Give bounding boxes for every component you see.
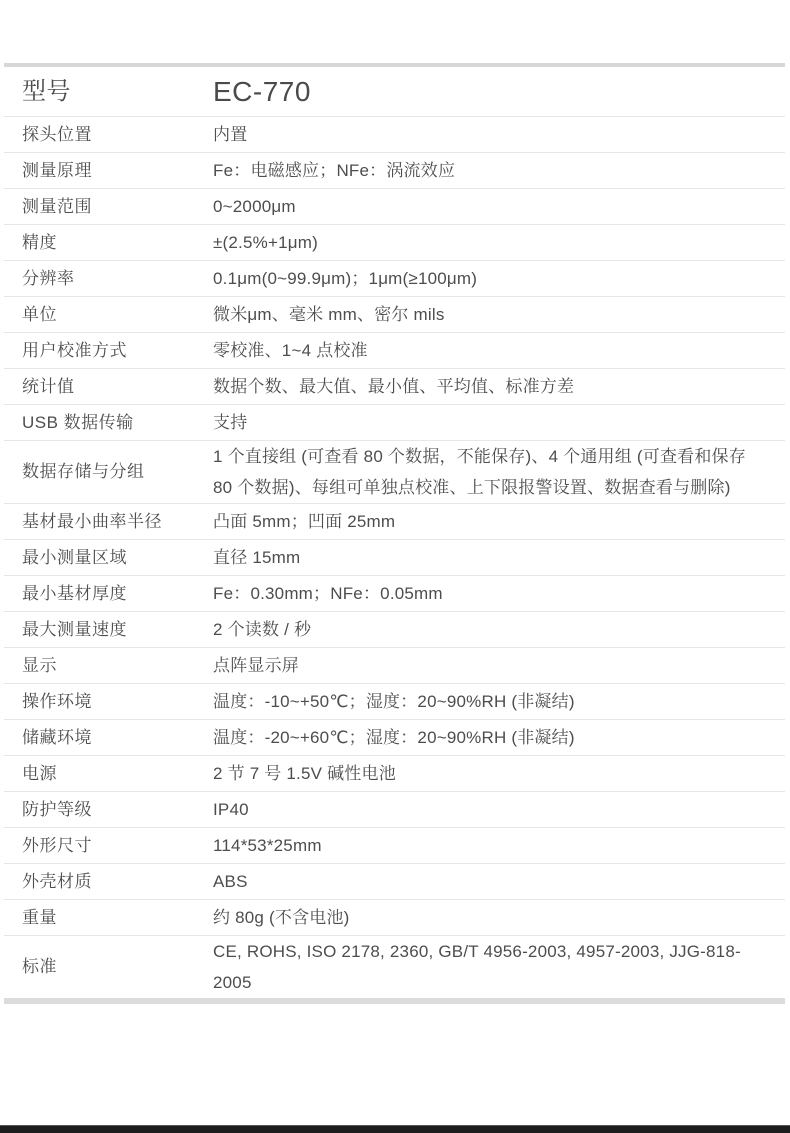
spec-row-label: 储藏环境 xyxy=(22,726,213,750)
spec-row-label: 电源 xyxy=(22,762,213,786)
spec-row-value: 支持 xyxy=(213,407,785,438)
spec-row-label: 统计值 xyxy=(22,375,213,399)
spec-row-label: 最大测量速度 xyxy=(22,618,213,642)
spec-row-value: 2 个读数 / 秒 xyxy=(213,614,785,645)
spec-row-value: 内置 xyxy=(213,119,785,150)
spec-row-label: 精度 xyxy=(22,231,213,255)
spec-row: 最小基材厚度Fe：0.30mm；NFe：0.05mm xyxy=(4,576,785,612)
spec-row: 测量原理Fe：电磁感应；NFe：涡流效应 xyxy=(4,153,785,189)
spec-row-value: 数据个数、最大值、最小值、平均值、标准方差 xyxy=(213,371,785,402)
spec-row-value: 1 个直接组 (可查看 80 个数据，不能保存)、4 个通用组 (可查看和保存 … xyxy=(213,441,785,503)
spec-row-value: 零校准、1~4 点校准 xyxy=(213,335,785,366)
spec-row: 最小测量区域直径 15mm xyxy=(4,540,785,576)
spec-row: USB 数据传输支持 xyxy=(4,405,785,441)
spec-row: 统计值数据个数、最大值、最小值、平均值、标准方差 xyxy=(4,369,785,405)
spec-row: 操作环境温度：-10~+50℃；湿度：20~90%RH (非凝结) xyxy=(4,684,785,720)
spec-row-value: 114*53*25mm xyxy=(213,830,785,861)
spec-row: 数据存储与分组1 个直接组 (可查看 80 个数据，不能保存)、4 个通用组 (… xyxy=(4,441,785,504)
spec-row-label: 数据存储与分组 xyxy=(22,460,213,484)
spec-row: 单位微米μm、毫米 mm、密尔 mils xyxy=(4,297,785,333)
model-label: 型号 xyxy=(22,77,213,107)
model-value: EC-770 xyxy=(213,75,785,109)
spec-row-label: 操作环境 xyxy=(22,690,213,714)
spec-row-label: 单位 xyxy=(22,303,213,327)
spec-row-label: USB 数据传输 xyxy=(22,411,213,435)
spec-row-value: 2 节 7 号 1.5V 碱性电池 xyxy=(213,758,785,789)
spec-row-label: 最小基材厚度 xyxy=(22,582,213,606)
spec-row-label: 测量原理 xyxy=(22,159,213,183)
spec-row-label: 测量范围 xyxy=(22,195,213,219)
spec-row-label: 基材最小曲率半径 xyxy=(22,510,213,534)
spec-row: 分辨率0.1μm(0~99.9μm)；1μm(≥100μm) xyxy=(4,261,785,297)
spec-row: 精度±(2.5%+1μm) xyxy=(4,225,785,261)
spec-row-value: 0.1μm(0~99.9μm)；1μm(≥100μm) xyxy=(213,263,785,294)
spec-row: 基材最小曲率半径凸面 5mm；凹面 25mm xyxy=(4,504,785,540)
spec-row-value: ±(2.5%+1μm) xyxy=(213,227,785,258)
spec-row-value: 凸面 5mm；凹面 25mm xyxy=(213,506,785,537)
spec-row-label: 分辨率 xyxy=(22,267,213,291)
spec-row: 外形尺寸114*53*25mm xyxy=(4,828,785,864)
spec-row-value: IP40 xyxy=(213,794,785,825)
spec-row-label: 重量 xyxy=(22,906,213,930)
spec-row: 测量范围0~2000μm xyxy=(4,189,785,225)
spec-row-value: Fe：0.30mm；NFe：0.05mm xyxy=(213,578,785,609)
spec-row: 重量约 80g (不含电池) xyxy=(4,900,785,936)
spec-row: 防护等级IP40 xyxy=(4,792,785,828)
spec-row-label: 防护等级 xyxy=(22,798,213,822)
spec-row: 最大测量速度2 个读数 / 秒 xyxy=(4,612,785,648)
product-spec-table: 型号 EC-770 探头位置内置测量原理Fe：电磁感应；NFe：涡流效应测量范围… xyxy=(4,63,785,1004)
spec-row: 储藏环境温度：-20~+60℃；湿度：20~90%RH (非凝结) xyxy=(4,720,785,756)
spec-row: 电源2 节 7 号 1.5V 碱性电池 xyxy=(4,756,785,792)
spec-row-label: 外壳材质 xyxy=(22,870,213,894)
spec-row-value: 温度：-10~+50℃；湿度：20~90%RH (非凝结) xyxy=(213,686,785,717)
spec-row-label: 用户校准方式 xyxy=(22,339,213,363)
spec-row-value: 约 80g (不含电池) xyxy=(213,902,785,933)
spec-row-value: Fe：电磁感应；NFe：涡流效应 xyxy=(213,155,785,186)
spec-row: 外壳材质ABS xyxy=(4,864,785,900)
spec-row-label: 显示 xyxy=(22,654,213,678)
spec-row-value: 点阵显示屏 xyxy=(213,650,785,681)
spec-row-value: 温度：-20~+60℃；湿度：20~90%RH (非凝结) xyxy=(213,722,785,753)
bottom-bar xyxy=(0,1125,790,1133)
spec-rows: 探头位置内置测量原理Fe：电磁感应；NFe：涡流效应测量范围0~2000μm精度… xyxy=(4,117,785,998)
spec-row-value: 0~2000μm xyxy=(213,191,785,222)
spec-row-value: 微米μm、毫米 mm、密尔 mils xyxy=(213,299,785,330)
spec-row: 显示点阵显示屏 xyxy=(4,648,785,684)
spec-row-value: 直径 15mm xyxy=(213,542,785,573)
spec-row: 用户校准方式零校准、1~4 点校准 xyxy=(4,333,785,369)
spec-row-label: 外形尺寸 xyxy=(22,834,213,858)
spec-row-value: CE, ROHS, ISO 2178, 2360, GB/T 4956-2003… xyxy=(213,936,785,998)
spec-row: 标准CE, ROHS, ISO 2178, 2360, GB/T 4956-20… xyxy=(4,936,785,998)
spec-header-row: 型号 EC-770 xyxy=(4,67,785,117)
spec-row-value: ABS xyxy=(213,866,785,897)
spec-row-label: 探头位置 xyxy=(22,123,213,147)
spec-row: 探头位置内置 xyxy=(4,117,785,153)
spec-row-label: 最小测量区域 xyxy=(22,546,213,570)
spec-row-label: 标准 xyxy=(22,955,213,979)
